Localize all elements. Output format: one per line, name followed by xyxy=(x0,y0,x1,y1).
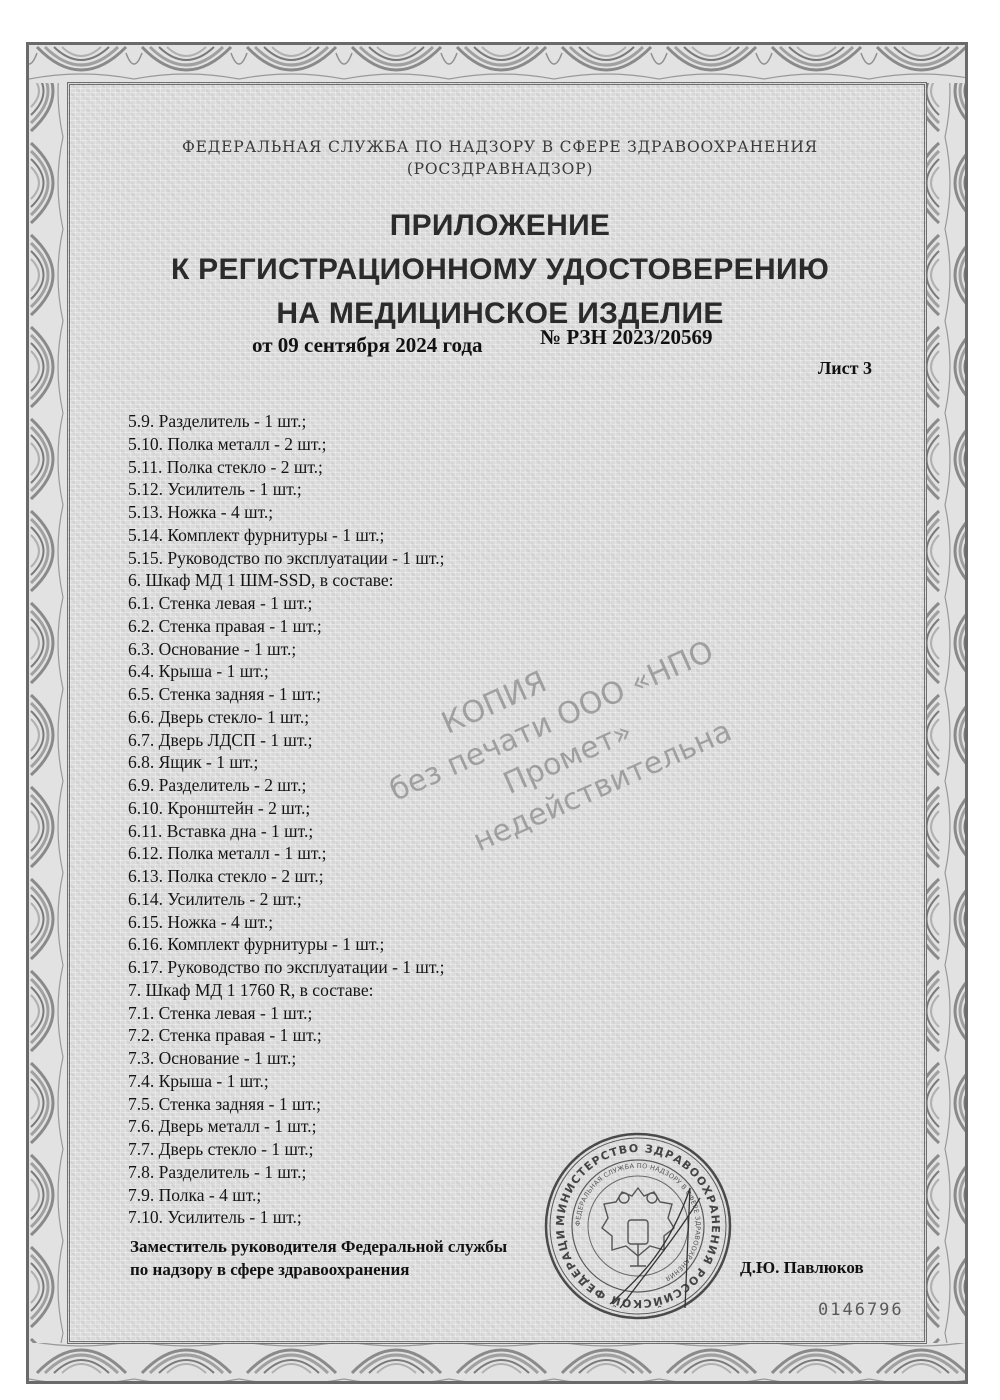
agency-abbreviation: (РОСЗДРАВНАДЗОР) xyxy=(0,158,1000,180)
title-line-2: К РЕГИСТРАЦИОННОМУ УДОСТОВЕРЕНИЮ xyxy=(0,248,1000,292)
issue-date: от 09 сентября 2024 года xyxy=(252,333,483,358)
list-item: 6.2. Стенка правая - 1 шт.; xyxy=(128,615,444,638)
list-item: 5.11. Полка стекло - 2 шт.; xyxy=(128,456,444,479)
list-item: 7.8. Разделитель - 1 шт.; xyxy=(128,1161,444,1184)
list-item: 6.14. Усилитель - 2 шт.; xyxy=(128,888,444,911)
registration-number: № РЗН 2023/20569 xyxy=(540,325,712,350)
list-item: 5.9. Разделитель - 1 шт.; xyxy=(128,410,444,433)
list-item: 6.1. Стенка левая - 1 шт.; xyxy=(128,592,444,615)
list-item: 7.7. Дверь стекло - 1 шт.; xyxy=(128,1138,444,1161)
list-item: 7. Шкаф МД 1 1760 R, в составе: xyxy=(128,979,444,1002)
list-item: 7.10. Усилитель - 1 шт.; xyxy=(128,1206,444,1229)
list-item: 5.14. Комплект фурнитуры - 1 шт.; xyxy=(128,524,444,547)
list-item: 6.5. Стенка задняя - 1 шт.; xyxy=(128,683,444,706)
agency-header: ФЕДЕРАЛЬНАЯ СЛУЖБА ПО НАДЗОРУ В СФЕРЕ ЗД… xyxy=(0,136,1000,180)
list-item: 6.6. Дверь стекло- 1 шт.; xyxy=(128,706,444,729)
signer-title: Заместитель руководителя Федеральной слу… xyxy=(130,1235,507,1281)
list-item: 7.5. Стенка задняя - 1 шт.; xyxy=(128,1093,444,1116)
agency-name: ФЕДЕРАЛЬНАЯ СЛУЖБА ПО НАДЗОРУ В СФЕРЕ ЗД… xyxy=(0,136,1000,158)
official-seal: МИНИСТЕРСТВО ЗДРАВООХРАНЕНИЯ РОССИЙСКОЙ … xyxy=(540,1128,736,1324)
title-line-3: НА МЕДИЦИНСКОЕ ИЗДЕЛИЕ xyxy=(0,292,1000,336)
list-item: 6.4. Крыша - 1 шт.; xyxy=(128,660,444,683)
list-item: 7.1. Стенка левая - 1 шт.; xyxy=(128,1002,444,1025)
signer-title-line-2: по надзору в сфере здравоохранения xyxy=(130,1258,507,1281)
form-serial-number: 0146796 xyxy=(818,1300,904,1320)
list-item: 6.9. Разделитель - 2 шт.; xyxy=(128,774,444,797)
list-item: 6.16. Комплект фурнитуры - 1 шт.; xyxy=(128,933,444,956)
list-item: 6.10. Кронштейн - 2 шт.; xyxy=(128,797,444,820)
title-line-1: ПРИЛОЖЕНИЕ xyxy=(0,204,1000,248)
list-item: 7.9. Полка - 4 шт.; xyxy=(128,1184,444,1207)
coat-of-arms-icon xyxy=(602,1188,674,1266)
list-item: 7.3. Основание - 1 шт.; xyxy=(128,1047,444,1070)
list-item: 6.3. Основание - 1 шт.; xyxy=(128,638,444,661)
document-title: ПРИЛОЖЕНИЕ К РЕГИСТРАЦИОННОМУ УДОСТОВЕРЕ… xyxy=(0,204,1000,336)
list-item: 6.11. Вставка дна - 1 шт.; xyxy=(128,820,444,843)
list-item: 6.13. Полка стекло - 2 шт.; xyxy=(128,865,444,888)
list-item: 5.12. Усилитель - 1 шт.; xyxy=(128,478,444,501)
list-item: 5.10. Полка металл - 2 шт.; xyxy=(128,433,444,456)
list-item: 5.13. Ножка - 4 шт.; xyxy=(128,501,444,524)
list-item: 6. Шкаф МД 1 ШМ-SSD, в составе: xyxy=(128,569,444,592)
list-item: 6.17. Руководство по эксплуатации - 1 шт… xyxy=(128,956,444,979)
list-item: 7.2. Стенка правая - 1 шт.; xyxy=(128,1024,444,1047)
list-item: 6.7. Дверь ЛДСП - 1 шт.; xyxy=(128,729,444,752)
list-item: 6.12. Полка металл - 1 шт.; xyxy=(128,842,444,865)
list-item: 5.15. Руководство по эксплуатации - 1 шт… xyxy=(128,547,444,570)
components-list: 5.9. Разделитель - 1 шт.;5.10. Полка мет… xyxy=(128,410,444,1229)
list-item: 7.4. Крыша - 1 шт.; xyxy=(128,1070,444,1093)
sheet-number: Лист 3 xyxy=(818,358,872,379)
signer-name: Д.Ю. Павлюков xyxy=(740,1258,864,1278)
list-item: 6.15. Ножка - 4 шт.; xyxy=(128,911,444,934)
list-item: 7.6. Дверь металл - 1 шт.; xyxy=(128,1115,444,1138)
signer-title-line-1: Заместитель руководителя Федеральной слу… xyxy=(130,1235,507,1258)
list-item: 6.8. Ящик - 1 шт.; xyxy=(128,751,444,774)
